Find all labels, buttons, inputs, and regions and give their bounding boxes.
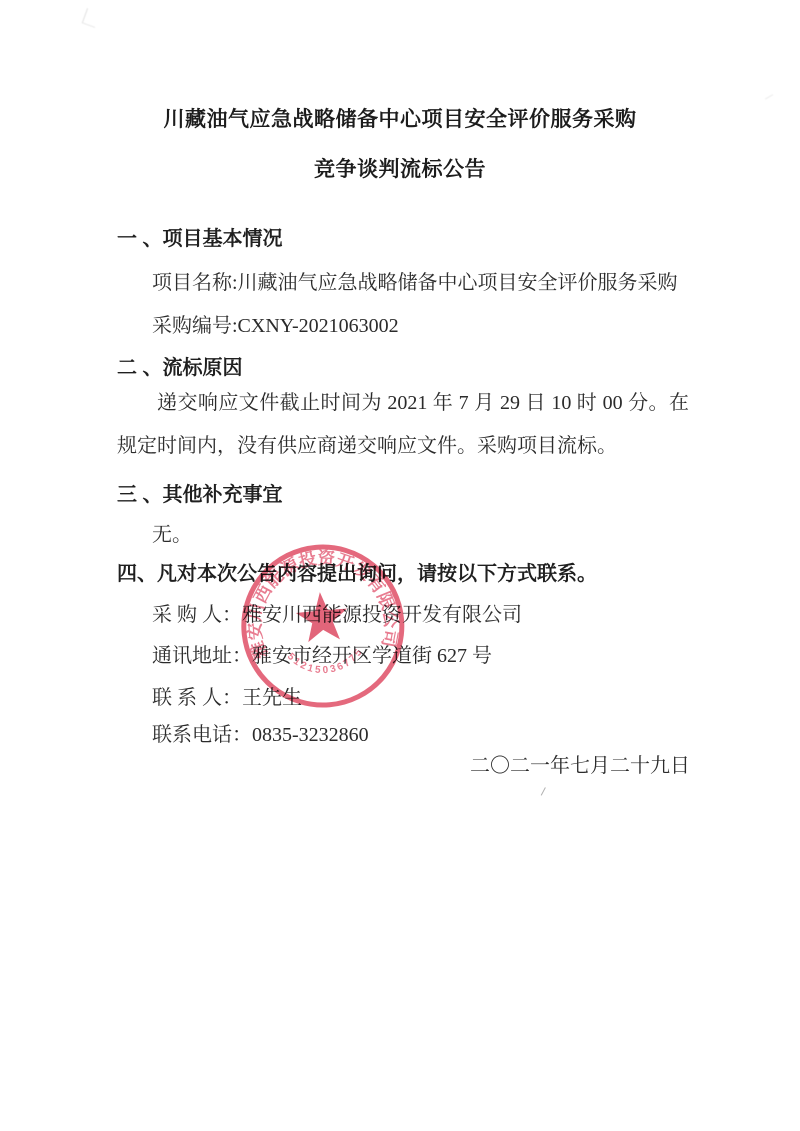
- official-seal: 雅安川西能源投资开发有限公司 51215036775: [228, 531, 418, 726]
- seal-star-icon: [294, 590, 349, 643]
- contact-person-label: 联 系 人：: [152, 687, 242, 709]
- document-title-line1: 川藏油气应急战略储备中心项目安全评价服务采购: [0, 103, 800, 133]
- section1-heading: 一 、项目基本情况: [117, 222, 283, 251]
- announcement-document: 川藏油气应急战略储备中心项目安全评价服务采购 竞争谈判流标公告 一 、项目基本情…: [0, 0, 800, 1131]
- document-title-line2: 竞争谈判流标公告: [0, 153, 800, 183]
- seal-number-text: 51215036775: [284, 645, 367, 680]
- failure-reason-paragraph: 递交响应文件截止时间为 2021 年 7 月 29 日 10 时 00 分。在规…: [117, 382, 689, 468]
- section3-content: 无。: [152, 518, 192, 547]
- scan-artifact: [537, 785, 546, 795]
- contact-phone-value: 0835-3232860: [252, 724, 369, 746]
- section3-heading: 三 、其他补充事宜: [117, 478, 283, 507]
- contact-phone-label: 联系电话：: [152, 724, 252, 746]
- section2-heading: 二 、流标原因: [117, 351, 243, 380]
- contact-buyer-label: 采 购 人：: [152, 604, 242, 626]
- document-date: 二〇二一年七月二十九日: [470, 749, 690, 778]
- scan-artifact: [82, 8, 101, 28]
- svg-text:51215036775: 51215036775: [284, 645, 367, 680]
- purchase-number-line: 采购编号:CXNY-2021063002: [152, 309, 399, 338]
- project-name-line: 项目名称:川藏油气应急战略储备中心项目安全评价服务采购: [152, 266, 678, 295]
